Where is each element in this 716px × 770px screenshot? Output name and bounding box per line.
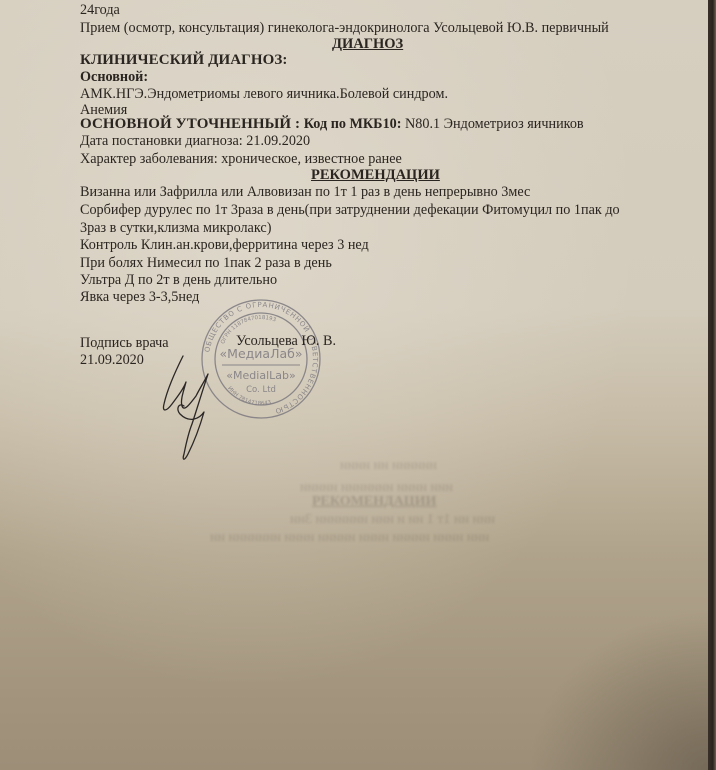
signature-label: Подпись врача	[80, 335, 169, 352]
recommendation-item: Контроль Клин.ан.крови,ферритина через 3…	[80, 237, 369, 254]
icd-code-value: N80.1 Эндометриоз яичников	[405, 116, 584, 132]
recommendation-item: Визанна или Зафрилла или Алвовизан по 1т…	[80, 184, 530, 201]
diagnosis-date: Дата постановки диагноза: 21.09.2020	[80, 133, 310, 150]
clinical-diagnosis-label: КЛИНИЧЕСКИЙ ДИАГНОЗ:	[80, 52, 287, 69]
disease-character: Характер заболевания: хроническое, извес…	[80, 151, 402, 168]
recommendation-item: Явка через 3-3,5нед	[80, 289, 199, 306]
bleed-through-text: ииииии ии ииии	[340, 458, 437, 474]
bleed-through-text: иии ии 1т 1 ии и иии иииииии 3ии	[290, 512, 495, 528]
stamp-company-suffix: Co. Ltd	[246, 385, 276, 395]
photo-shadow	[528, 610, 708, 770]
recommendation-item: Ультра Д по 2т в день длительно	[80, 272, 277, 289]
header-fragment: 24года	[80, 2, 120, 19]
recommendation-item: Сорбифер дурулес по 1т 3раза в день(при …	[80, 202, 620, 219]
bleed-through-text: иии ииии иииии ииии иииии ииии иииииии и…	[210, 530, 489, 546]
doctor-name: Усольцева Ю. В.	[236, 333, 336, 350]
main-diagnosis: АМК.НГЭ.Эндометриомы левого яичника.Боле…	[80, 86, 448, 103]
signature-date: 21.09.2020	[80, 352, 144, 369]
recommendation-item: 3раз в сутки,клизма микролакс)	[80, 220, 271, 237]
visit-line: Прием (осмотр, консультация) гинеколога-…	[80, 20, 609, 37]
bleed-through-title: РЕКОМЕНДАЦИИ	[312, 494, 436, 510]
handwritten-signature	[150, 352, 230, 464]
main-diagnosis-label: Основной:	[80, 69, 148, 86]
document-page: 24года Прием (осмотр, консультация) гине…	[0, 0, 708, 770]
refined-diagnosis: ОСНОВНОЙ УТОЧНЕННЫЙ : Код по МКБ10: N80.…	[80, 116, 584, 133]
recommendations-title: РЕКОМЕНДАЦИИ	[311, 167, 440, 184]
page-edge	[708, 0, 716, 770]
refined-label: ОСНОВНОЙ УТОЧНЕННЫЙ :	[80, 116, 300, 132]
stamp-name-en: «MedialLab»	[226, 369, 295, 382]
recommendation-item: При болях Нимесил по 1пак 2 раза в день	[80, 255, 332, 272]
diagnosis-title: ДИАГНОЗ	[332, 36, 403, 53]
icd-code-label: Код по МКБ10:	[304, 116, 402, 132]
